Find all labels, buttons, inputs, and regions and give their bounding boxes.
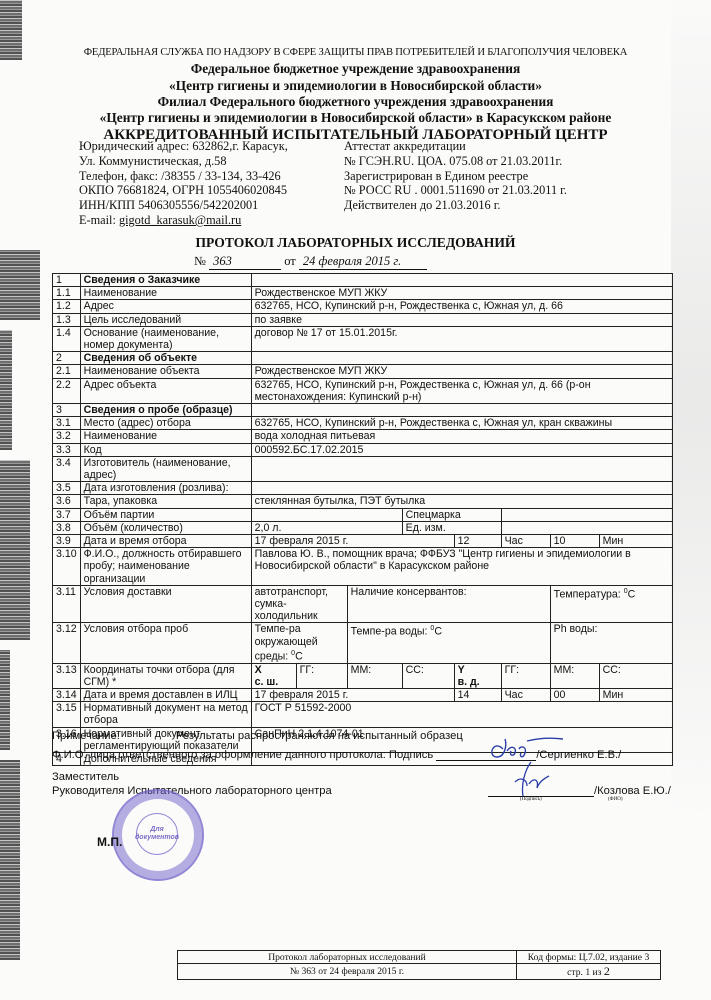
row-label: Нормативный документ на метод отбора (80, 702, 251, 727)
accreditation-info: Аттестат аккредитации № ГСЭН.RU. ЦОА. 07… (344, 139, 567, 213)
sampler-info: Павлова Ю. В., помощник врача; ФФБУЗ "Це… (251, 548, 672, 586)
row-number: 3 (53, 404, 81, 417)
page-total: 2 (604, 964, 610, 978)
empty-cell (251, 352, 672, 365)
table-row: 3.8 Объём (количество) 2,0 л. Ед. изм. (53, 521, 673, 534)
page-footer: Протокол лабораторных исследований Код ф… (177, 950, 661, 980)
x-minutes: ММ: (347, 663, 402, 688)
water-temp-label: Темпе-ра воды: (351, 626, 431, 638)
okpo-ogrn: ОКПО 76681824, ОГРН 1055406020845 (79, 183, 288, 198)
object-address: 632765, НСО, Купинский р-н, Рождественка… (251, 378, 672, 403)
x-seconds: СС: (402, 663, 454, 688)
deputy-title-1: Заместитель (52, 770, 332, 784)
minute-label: Мин (599, 689, 672, 702)
row-number: 2.1 (53, 365, 81, 378)
x-label: Х (255, 664, 293, 676)
special-mark-label: Спецмарка (402, 508, 501, 521)
sample-code: 000592.БС.17.02.2015 (251, 443, 672, 456)
row-number: 3.11 (53, 585, 81, 623)
section-heading: Сведения об объекте (80, 352, 251, 365)
basis-document: договор № 17 от 15.01.2015г. (251, 326, 672, 351)
protocol-date: 24 февраля 2015 г. (299, 254, 427, 270)
scan-artifact-left (0, 650, 10, 750)
scan-artifact-left (0, 330, 12, 450)
row-number: 3.12 (53, 623, 81, 663)
row-label: Наименование (80, 287, 251, 300)
customer-name: Рождественское МУП ЖКУ (251, 287, 672, 300)
stamp-center: Для документов (136, 813, 178, 855)
temp-unit: C (628, 588, 636, 600)
number-prefix: № (194, 254, 206, 268)
section-heading: Сведения о Заказчике (80, 274, 251, 287)
row-number: 2 (53, 352, 81, 365)
customer-address: 632765, НСО, Купинский р-н, Рождественка… (251, 300, 672, 313)
y-minutes: ММ: (550, 663, 599, 688)
table-row: 1.2 Адрес 632765, НСО, Купинский р-н, Ро… (53, 300, 673, 313)
x-coordinate-label: Хс. ш. (251, 663, 296, 688)
temperature-label: Температура: (554, 588, 624, 600)
org-contact-info: Юридический адрес: 632862,г. Карасук, Ул… (79, 139, 288, 228)
agency-name: ФЕДЕРАЛЬНАЯ СЛУЖБА ПО НАДЗОРУ В СФЕРЕ ЗА… (0, 47, 711, 58)
table-row: 3.10 Ф.И.О., должность отбиравшего пробу… (53, 548, 673, 586)
date-prefix: от (284, 254, 296, 268)
preservatives-label: Наличие консервантов: (347, 585, 550, 623)
table-row-section-1: 1 Сведения о Заказчике (53, 274, 673, 287)
table-row: 1.4 Основание (наименование, номер докум… (53, 326, 673, 351)
email-row: E-mail: gigotd_karasuk@mail.ru (79, 213, 288, 228)
delivery-conditions: автотранспорт, сумка-холодильник (251, 585, 347, 623)
responsible-label: Ф.И.О. лица ответственного за оформление… (52, 749, 433, 761)
batch-volume (251, 508, 402, 521)
delivery-hour: 14 (454, 689, 501, 702)
inn-kpp: ИНН/КПП 5406305556/542202001 (79, 198, 288, 213)
valid-until: Действителен до 21.03.2016 г. (344, 198, 567, 213)
temp-unit: C (295, 650, 303, 662)
row-label: Ф.И.О., должность отбиравшего пробу; наи… (80, 548, 251, 586)
table-row: 3.7 Объём партии Спецмарка (53, 508, 673, 521)
env-temp-label: Темпе-ра окружающей среды: (255, 623, 318, 662)
form-code: Код формы: Ц.7.02, издание 3 (517, 951, 661, 964)
protocol-title: ПРОТОКОЛ ЛАБОРАТОРНЫХ ИССЛЕДОВАНИЙ (0, 235, 711, 251)
sample-volume: 2,0 л. (251, 521, 402, 534)
water-temp-cell: Темпе-ра воды: 0C (347, 623, 550, 663)
scan-artifact-left (0, 760, 20, 960)
sampling-minute: 10 (550, 535, 599, 548)
row-label: Координаты точки отбора (для СГМ) * (80, 663, 251, 688)
x-degrees: ГГ: (296, 663, 347, 688)
footer-number-date: № 363 от 24 февраля 2015 г. (178, 964, 517, 980)
email-label: E-mail: (79, 213, 119, 227)
empty-cell (251, 274, 672, 287)
protocol-number-line: № 363 от 24 февраля 2015 г. (194, 254, 427, 270)
org-line-1: Федеральное бюджетное учреждение здравоо… (0, 61, 711, 77)
fio-caption: (ФИО) (608, 797, 623, 802)
hour-label: Час (501, 535, 550, 548)
hour-label: Час (501, 689, 550, 702)
registry-number: № РОСС RU . 0001.511690 от 21.03.2011 г. (344, 183, 567, 198)
table-row: 3.9 Дата и время отбора 17 февраля 2015 … (53, 535, 673, 548)
row-number: 2.2 (53, 378, 81, 403)
footer-row: Протокол лабораторных исследований Код ф… (178, 951, 661, 964)
note-label: Примечание: (52, 730, 120, 742)
research-purpose: по заявке (251, 313, 672, 326)
row-label: Условия доставки (80, 585, 251, 623)
row-label: Адрес (80, 300, 251, 313)
deputy-title-2: Руководителя Испытательного лабораторног… (52, 784, 332, 798)
row-number: 1 (53, 274, 81, 287)
table-row: 3.5 Дата изготовления (розлива): (53, 482, 673, 495)
table-row: 3.15 Нормативный документ на метод отбор… (53, 702, 673, 727)
scan-shadow-right (671, 0, 711, 1000)
y-coordinate-label: Yв. д. (454, 663, 501, 688)
y-degrees: ГГ: (501, 663, 550, 688)
note-text: Результаты распространяются на испытанны… (176, 730, 463, 742)
packaging: стеклянная бутылка, ПЭТ бутылка (251, 495, 672, 508)
row-label: Дата и время доставлен в ИЛЦ (80, 689, 251, 702)
row-label: Код (80, 443, 251, 456)
row-number: 3.8 (53, 521, 81, 534)
table-row: 2.2 Адрес объекта 632765, НСО, Купинский… (53, 378, 673, 403)
row-number: 3.14 (53, 689, 81, 702)
page-prefix: стр. 1 из (567, 967, 604, 978)
sampling-date: 17 февраля 2015 г. (251, 535, 454, 548)
row-label: Наименование (80, 430, 251, 443)
row-number: 3.15 (53, 702, 81, 727)
row-label: Цель исследований (80, 313, 251, 326)
table-row: 3.14 Дата и время доставлен в ИЛЦ 17 фев… (53, 689, 673, 702)
row-label: Основание (наименование, номер документа… (80, 326, 251, 351)
org-line-2: «Центр гигиены и эпидемиологии в Новосиб… (0, 78, 711, 94)
row-label: Объём (количество) (80, 521, 251, 534)
section-heading: Сведения о пробе (образце) (80, 404, 251, 417)
table-row: 3.2 Наименование вода холодная питьевая (53, 430, 673, 443)
table-row: 3.1 Место (адрес) отбора 632765, НСО, Ку… (53, 417, 673, 430)
table-row: 3.4 Изготовитель (наименование, адрес) (53, 456, 673, 481)
scan-artifact-left (0, 250, 40, 320)
row-number: 3.5 (53, 482, 81, 495)
env-temp-cell: Темпе-ра окружающей среды: 0C (251, 623, 347, 663)
row-label: Дата и время отбора (80, 535, 251, 548)
seal-place-label: М.П. (97, 835, 122, 849)
table-row: 3.6 Тара, упаковка стеклянная бутылка, П… (53, 495, 673, 508)
row-number: 1.3 (53, 313, 81, 326)
deputy-name: /Козлова Е.Ю./ (594, 785, 671, 797)
sample-info-table: 1 Сведения о Заказчике 1.1 Наименование … (52, 273, 673, 766)
row-number: 3.10 (53, 548, 81, 586)
table-row: 3.12 Условия отбора проб Темпе-ра окружа… (53, 623, 673, 663)
sampling-method-standard: ГОСТ Р 51592-2000 (251, 702, 672, 727)
delivery-date: 17 февраля 2015 г. (251, 689, 454, 702)
row-number: 3.13 (53, 663, 81, 688)
table-row-section-3: 3 Сведения о пробе (образце) (53, 404, 673, 417)
row-number: 3.6 (53, 495, 81, 508)
registry-label: Зарегистрирован в Едином реестре (344, 169, 567, 184)
row-number: 3.7 (53, 508, 81, 521)
table-row: 1.1 Наименование Рождественское МУП ЖКУ (53, 287, 673, 300)
row-label: Тара, упаковка (80, 495, 251, 508)
row-number: 3.1 (53, 417, 81, 430)
empty-cell (251, 404, 672, 417)
temperature-cell: Температура: 0C (550, 585, 672, 623)
legal-address: Юридический адрес: 632862,г. Карасук, (79, 139, 288, 154)
signature-icon (505, 760, 555, 800)
row-number: 1.4 (53, 326, 81, 351)
signature-caption: (Подпись) (520, 797, 542, 802)
y-seconds: СС: (599, 663, 672, 688)
unit-label: Ед. изм. (402, 521, 501, 534)
latitude-label: с. ш. (255, 676, 293, 688)
temp-unit: C (434, 626, 442, 638)
minute-label: Мин (599, 535, 672, 548)
email-link[interactable]: gigotd_karasuk@mail.ru (119, 213, 241, 227)
ph-label: Ph воды: (550, 623, 672, 663)
production-date (251, 482, 672, 495)
row-label: Объём партии (80, 508, 251, 521)
row-label: Адрес объекта (80, 378, 251, 403)
row-number: 3.3 (53, 443, 81, 456)
phone-fax: Телефон, факс: /38355 / 33-134, 33-426 (79, 169, 288, 184)
table-row: 1.3 Цель исследований по заявке (53, 313, 673, 326)
delivery-minute: 00 (550, 689, 599, 702)
row-label: Наименование объекта (80, 365, 251, 378)
org-line-4: «Центр гигиены и эпидемиологии в Новосиб… (0, 110, 711, 126)
row-label: Условия отбора проб (80, 623, 251, 663)
attestat-number: № ГСЭН.RU. ЦОА. 075.08 от 21.03.2011г. (344, 154, 567, 169)
footer-title: Протокол лабораторных исследований (178, 951, 517, 964)
row-label: Дата изготовления (розлива): (80, 482, 251, 495)
page-indicator: стр. 1 из 2 (517, 964, 661, 980)
row-number: 3.2 (53, 430, 81, 443)
sampling-place: 632765, НСО, Купинский р-н, Рождественка… (251, 417, 672, 430)
special-mark-value (501, 508, 672, 521)
sampling-hour: 12 (454, 535, 501, 548)
row-number: 1.2 (53, 300, 81, 313)
sample-name: вода холодная питьевая (251, 430, 672, 443)
scan-artifact-left (0, 460, 30, 640)
org-line-3: Филиал Федерального бюджетного учреждени… (0, 94, 711, 110)
street-address: Ул. Коммунистическая, д.58 (79, 154, 288, 169)
row-label: Место (адрес) отбора (80, 417, 251, 430)
row-label: Изготовитель (наименование, адрес) (80, 456, 251, 481)
protocol-number: 363 (209, 254, 281, 270)
row-number: 3.9 (53, 535, 81, 548)
footer-row: № 363 от 24 февраля 2015 г. стр. 1 из 2 (178, 964, 661, 980)
table-row-section-2: 2 Сведения об объекте (53, 352, 673, 365)
note-row: Примечание:Результаты распространяются н… (52, 730, 463, 742)
row-number: 1.1 (53, 287, 81, 300)
table-row: 3.3 Код 000592.БС.17.02.2015 (53, 443, 673, 456)
table-row: 3.11 Условия доставки автотранспорт, сум… (53, 585, 673, 623)
manufacturer (251, 456, 672, 481)
object-name: Рождественское МУП ЖКУ (251, 365, 672, 378)
longitude-label: в. д. (458, 676, 498, 688)
row-number: 3.4 (53, 456, 81, 481)
attestat-label: Аттестат аккредитации (344, 139, 567, 154)
table-row: 2.1 Наименование объекта Рождественское … (53, 365, 673, 378)
deputy-block: Заместитель Руководителя Испытательного … (52, 770, 332, 798)
y-label: Y (458, 664, 498, 676)
official-stamp: Для документов (112, 789, 204, 881)
unit-value (501, 521, 672, 534)
table-row: 3.13 Координаты точки отбора (для СГМ) *… (53, 663, 673, 688)
